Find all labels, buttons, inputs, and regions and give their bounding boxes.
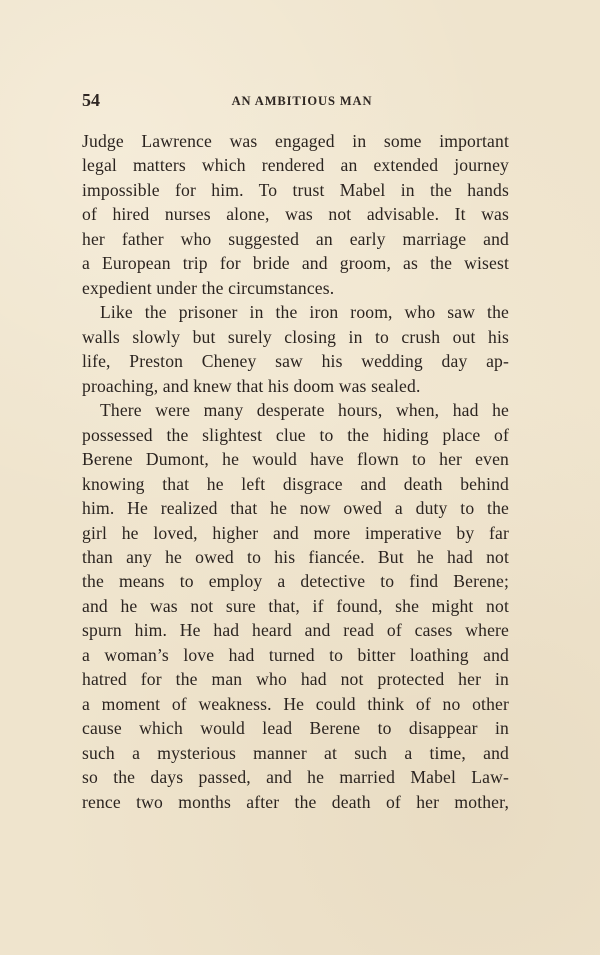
text-line: hatred for the man who had not protected…: [82, 667, 509, 691]
text-line: her father who suggested an early marria…: [82, 227, 509, 251]
book-page: 54 AN AMBITIOUS MAN Judge Lawrence was e…: [0, 0, 600, 955]
text-line: the means to employ a detective to find …: [82, 569, 509, 593]
text-line: a European trip for bride and groom, as …: [82, 251, 509, 275]
text-line: a moment of weakness. He could think of …: [82, 692, 509, 716]
text-line: walls slowly but surely closing in to cr…: [82, 325, 509, 349]
text-line: cause which would lead Berene to disappe…: [82, 716, 509, 740]
text-line: and he was not sure that, if found, she …: [82, 594, 509, 618]
running-title: AN AMBITIOUS MAN: [82, 90, 508, 112]
text-line: knowing that he left disgrace and death …: [82, 472, 509, 496]
running-head: 54 AN AMBITIOUS MAN: [82, 88, 508, 112]
text-line: impossible for him. To trust Mabel in th…: [82, 178, 509, 202]
text-line: expedient under the circumstances.: [82, 276, 509, 300]
text-line: than any he owed to his fiancée. But he …: [82, 545, 509, 569]
text-line: life, Preston Cheney saw his wedding day…: [82, 349, 509, 373]
text-line: Berene Dumont, he would have flown to he…: [82, 447, 509, 471]
text-line: a woman’s love had turned to bitter loat…: [82, 643, 509, 667]
text-line: him. He realized that he now owed a duty…: [82, 496, 509, 520]
text-line: proaching, and knew that his doom was se…: [82, 374, 509, 398]
text-line: so the days passed, and he married Mabel…: [82, 765, 509, 789]
text-line: rence two months after the death of her …: [82, 790, 509, 814]
text-line: such a mysterious manner at such a time,…: [82, 741, 509, 765]
text-line: of hired nurses alone, was not advisable…: [82, 202, 509, 226]
text-line: girl he loved, higher and more imperativ…: [82, 521, 509, 545]
text-line: Like the prisoner in the iron room, who …: [82, 300, 509, 324]
text-line: spurn him. He had heard and read of case…: [82, 618, 509, 642]
text-line: There were many desperate hours, when, h…: [82, 398, 509, 422]
text-line: Judge Lawrence was engaged in some impor…: [82, 129, 509, 153]
text-line: legal matters which rendered an extended…: [82, 153, 509, 177]
text-line: possessed the slightest clue to the hidi…: [82, 423, 509, 447]
body-text: Judge Lawrence was engaged in some impor…: [82, 129, 509, 814]
